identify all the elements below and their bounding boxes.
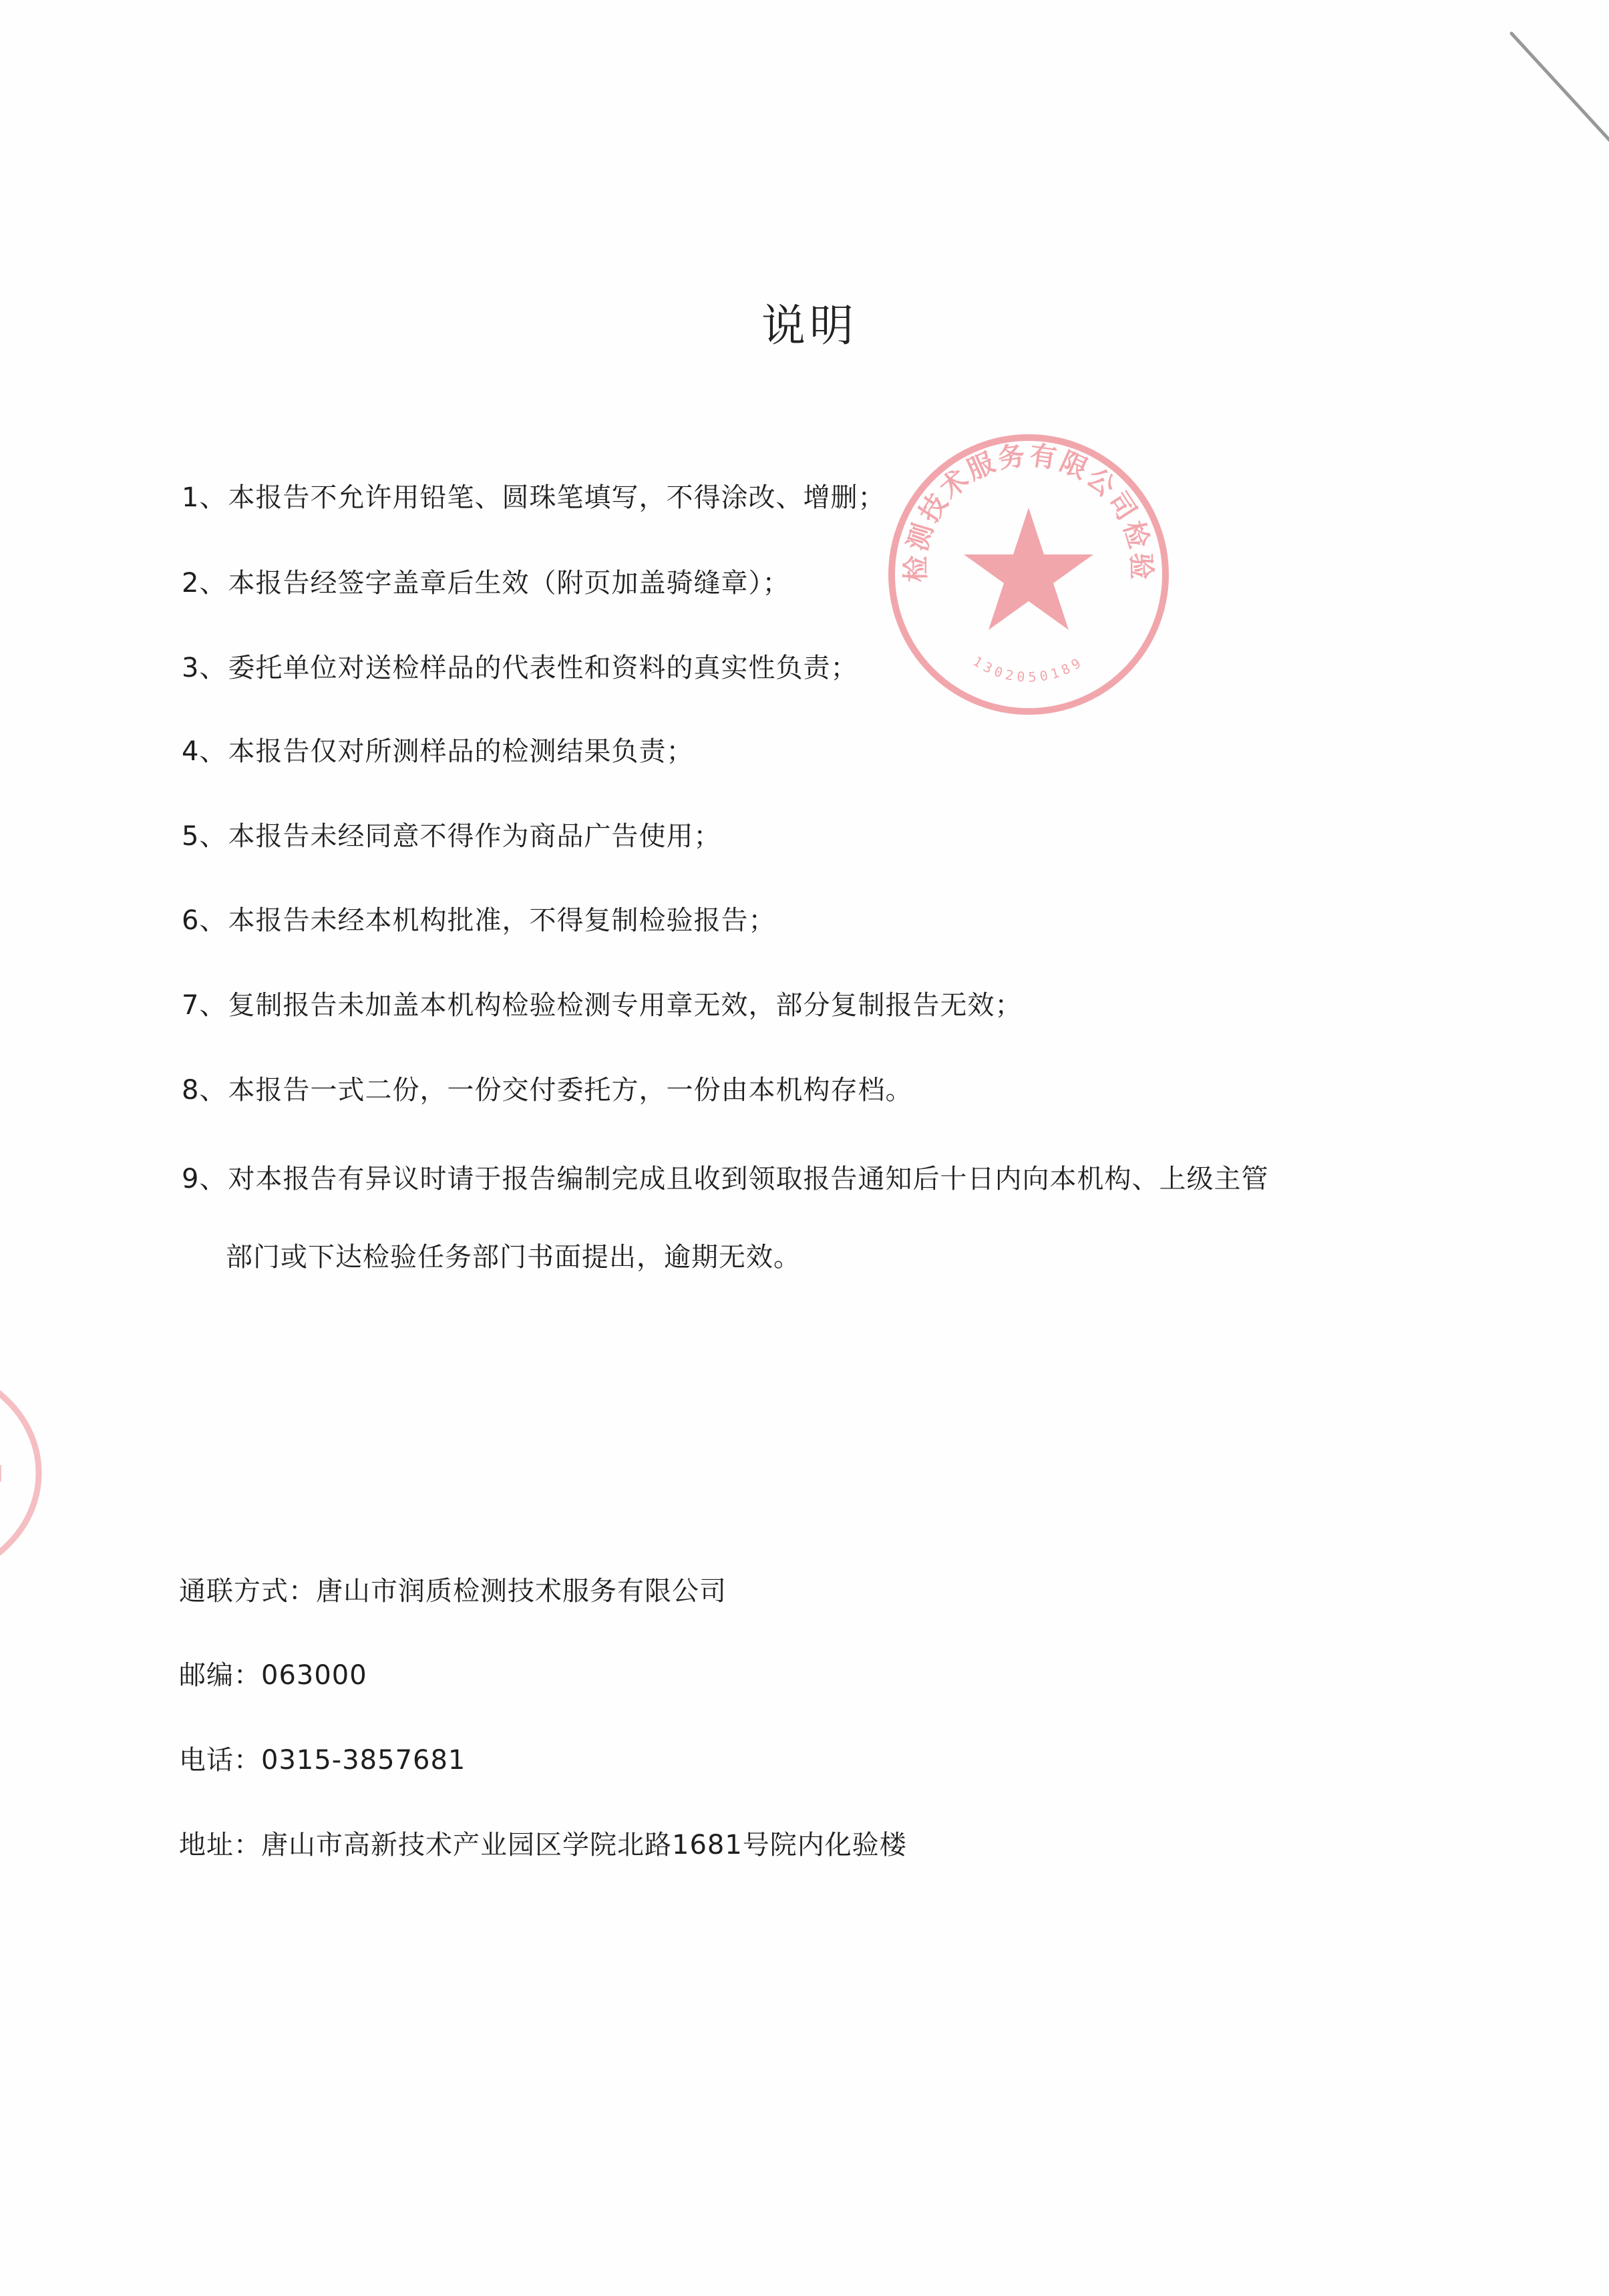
notice-number: 4、: [182, 738, 226, 765]
svg-text:山: 山: [0, 1458, 4, 1486]
notice-number: 2、: [182, 570, 226, 597]
notice-text: 本报告经签字盖章后生效（附页加盖骑缝章）；: [228, 568, 789, 599]
contact-company-label: 通联方式：: [179, 1576, 316, 1607]
contact-phone-label: 电话：: [179, 1745, 261, 1776]
notice-item-9-continuation: 部门或下达检验任务部门书面提出，逾期无效。: [226, 1244, 801, 1271]
notice-item-7: 7、复制报告未加盖本机构检验检测专用章无效，部分复制报告无效；: [182, 992, 1022, 1019]
notice-text: 复制报告未加盖本机构检验检测专用章无效，部分复制报告无效；: [228, 990, 1022, 1021]
notice-item-5: 5、本报告未经同意不得作为商品广告使用；: [182, 823, 721, 850]
contact-address-value: 唐山市高新技术产业园区学院北路1681号院内化验楼: [261, 1830, 907, 1860]
notice-text: 本报告未经同意不得作为商品广告使用；: [228, 821, 721, 852]
notice-item-6: 6、本报告未经本机构批准，不得复制检验报告；: [182, 907, 775, 934]
seal-star-icon: [964, 508, 1093, 630]
notice-number: 6、: [182, 907, 226, 934]
notice-item-9: 9、对本报告有异议时请于报告编制完成且收到领取报告通知后十日内向本机构、上级主管: [182, 1166, 1268, 1192]
notice-text: 本报告未经本机构批准，不得复制检验报告；: [228, 905, 775, 936]
seam-seal-stamp: 市 山 唐: [0, 1363, 47, 1583]
contact-phone-value: 0315-3857681: [261, 1745, 466, 1776]
notice-text: 本报告一式二份，一份交付委托方，一份由本机构存档。: [228, 1075, 912, 1106]
notice-text: 对本报告有异议时请于报告编制完成且收到领取报告通知后十日内向本机构、上级主管: [228, 1164, 1268, 1194]
page-title: 说明: [761, 304, 858, 348]
notice-text: 本报告不允许用铅笔、圆珠笔填写，不得涂改、增删；: [228, 482, 885, 513]
notice-text: 委托单位对送检样品的代表性和资料的真实性负责；: [228, 653, 858, 683]
notice-number: 8、: [182, 1077, 226, 1104]
contact-address: 地址：唐山市高新技术产业园区学院北路1681号院内化验楼: [179, 1832, 907, 1858]
notice-item-4: 4、本报告仅对所测样品的检测结果负责；: [182, 738, 693, 765]
notice-number: 7、: [182, 992, 226, 1019]
pen-mark-decoration: [1506, 27, 1609, 147]
notice-number: 9、: [182, 1166, 226, 1192]
contact-postcode-value: 063000: [261, 1660, 367, 1691]
notice-number: 3、: [182, 655, 226, 681]
notice-text: 本报告仅对所测样品的检测结果负责；: [228, 736, 693, 767]
notice-item-2: 2、本报告经签字盖章后生效（附页加盖骑缝章）；: [182, 570, 789, 597]
contact-postcode-label: 邮编：: [179, 1660, 261, 1691]
contact-company: 通联方式：唐山市润质检测技术服务有限公司: [179, 1578, 727, 1605]
contact-postcode: 邮编：063000: [179, 1662, 367, 1689]
official-seal-stamp: 唐山市润质检测技术服务有限公司检验检测专用章 1302050189: [882, 428, 1176, 721]
svg-text:1302050189: 1302050189: [970, 653, 1087, 685]
notice-number: 1、: [182, 484, 226, 511]
contact-phone: 电话：0315-3857681: [179, 1747, 466, 1774]
notice-item-1: 1、本报告不允许用铅笔、圆珠笔填写，不得涂改、增删；: [182, 484, 885, 511]
document-page: 说明 1、本报告不允许用铅笔、圆珠笔填写，不得涂改、增删； 2、本报告经签字盖章…: [0, 0, 1609, 2296]
contact-company-value: 唐山市润质检测技术服务有限公司: [316, 1576, 727, 1607]
contact-address-label: 地址：: [179, 1830, 261, 1860]
notice-item-8: 8、本报告一式二份，一份交付委托方，一份由本机构存档。: [182, 1077, 912, 1104]
notice-item-3: 3、委托单位对送检样品的代表性和资料的真实性负责；: [182, 655, 858, 681]
notice-number: 5、: [182, 823, 226, 850]
